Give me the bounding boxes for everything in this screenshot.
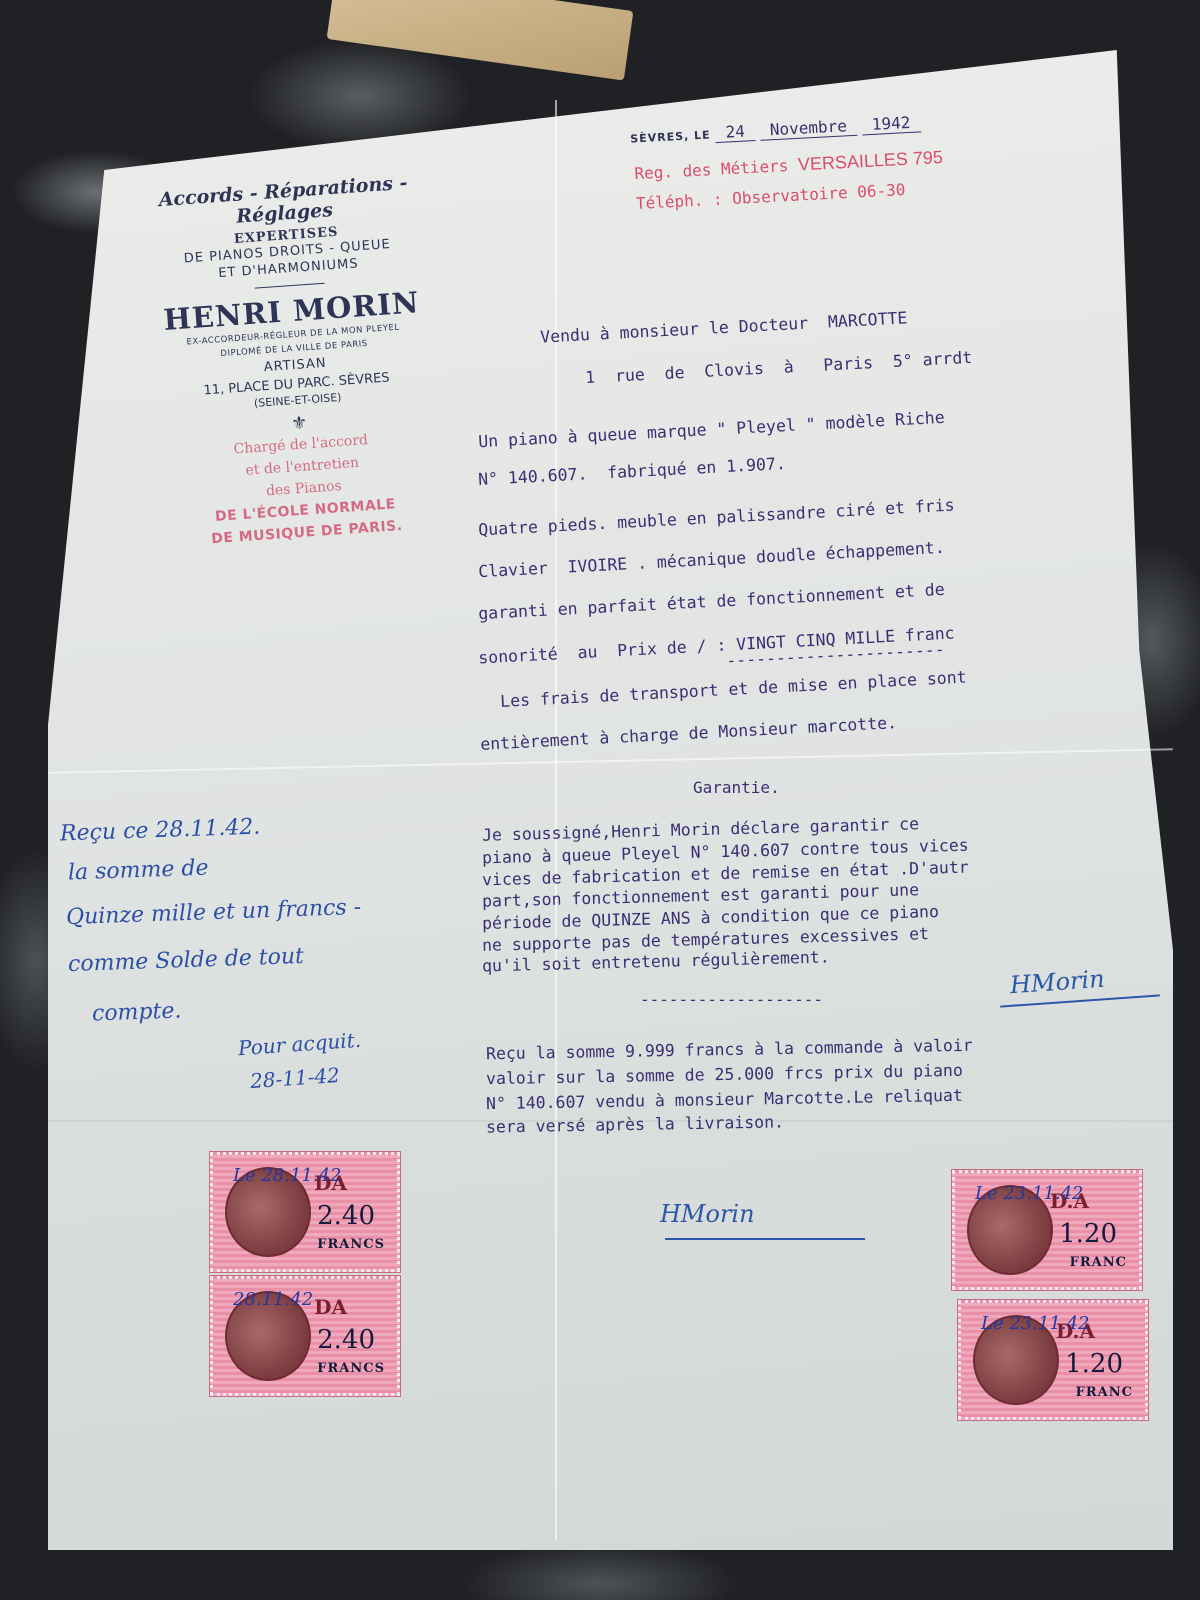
date-place: SÈVRES, LE (630, 128, 711, 145)
handwritten-line: la somme de (68, 856, 209, 886)
cardboard-box-corner (327, 0, 634, 81)
stamp-unit: FRANC (1070, 1255, 1127, 1270)
stamp-cancellation: 28.11.42 (233, 1289, 313, 1310)
stamp-unit: FRANCS (317, 1361, 385, 1376)
stamp-cancellation: Le 28.11.42 (233, 1165, 341, 1186)
stamp-unit: FRANCS (317, 1237, 385, 1252)
receipt-signature: HMorin (660, 1200, 755, 1228)
stamp-value: 1.20 (1059, 1219, 1117, 1249)
stamp-cancellation: Le 23.11.42 (975, 1183, 1083, 1204)
stamp-value: 2.40 (317, 1325, 375, 1355)
handwritten-line: compte. (92, 998, 182, 1026)
guarantee-heading: Garantie. (693, 778, 780, 797)
fiscal-stamp: DA2.40FRANCSLe 28.11.42 (210, 1152, 400, 1272)
stamp-series: DA (314, 1295, 347, 1319)
fiscal-stamp: D.A1.20FRANCLe 23.11.42 (952, 1170, 1142, 1290)
receipt-signature-underline (665, 1238, 865, 1240)
divider (255, 283, 325, 289)
registry-prefix: Reg. des Métiers (634, 156, 789, 183)
registry-value: VERSAILLES 795 (797, 147, 943, 175)
fold-crease-vertical (555, 100, 557, 1540)
stamp-unit: FRANC (1076, 1385, 1133, 1400)
stamp-value: 1.20 (1065, 1349, 1123, 1379)
fiscal-stamp: D.A1.20FRANCLe 23.11.42 (958, 1300, 1148, 1420)
date-day: 24 (715, 121, 755, 143)
letterhead: Accords - Réparations - Réglages EXPERTI… (118, 169, 473, 555)
date-year: 1942 (861, 112, 920, 135)
fiscal-stamp: DA2.40FRANCS28.11.42 (210, 1276, 400, 1396)
stamp-value: 2.40 (317, 1201, 375, 1231)
stamp-cancellation: Le 23.11.42 (981, 1313, 1089, 1334)
guarantee-dashes: ------------------- (640, 990, 823, 1009)
